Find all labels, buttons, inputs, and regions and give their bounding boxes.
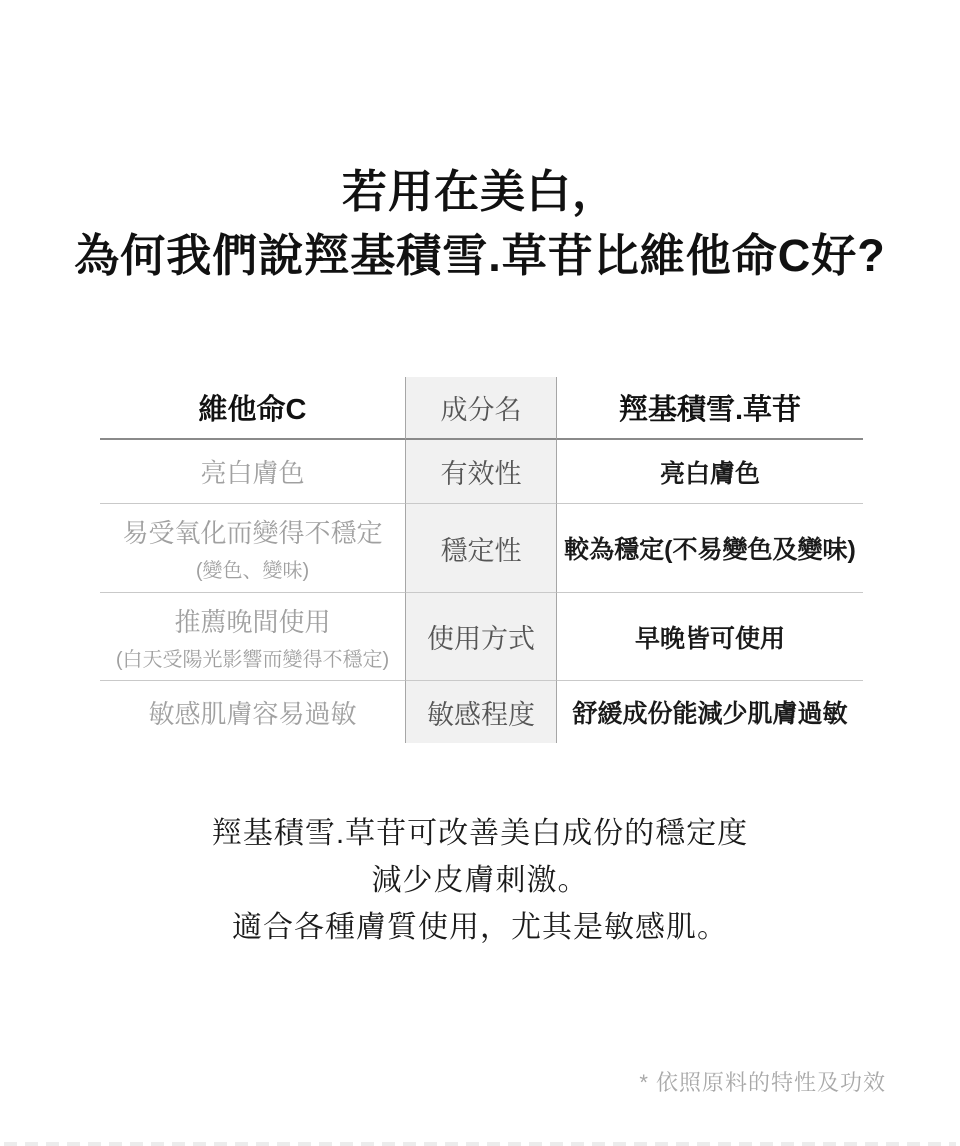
page-title: 若用在美白， 為何我們說羥基積雪.草苷比維他命C好? xyxy=(0,160,960,288)
row-sensitivity-vitc-cell: 敏感肌膚容易過敏 xyxy=(100,681,405,743)
row-usage-madeca-text: 早晚皆可使用 xyxy=(557,593,863,681)
row-stability-vitc-subtext: (變色、變味) xyxy=(196,554,309,583)
header-vitamin-c: 維他命C xyxy=(100,377,405,440)
comparison-table: 維他命C 成分名 羥基積雪.草苷 亮白膚色 有效性 亮白膚色 易受氧化而變得不穩… xyxy=(100,377,863,743)
row-sensitivity-vitc-text: 敏感肌膚容易過敏 xyxy=(148,694,356,731)
row-usage-label: 使用方式 xyxy=(405,593,557,681)
page: { "title": { "line1": "若用在美白，", "line2":… xyxy=(0,0,960,1146)
summary-paragraph: 羥基積雪.草苷可改善美白成份的穩定度 減少皮膚刺激。 適合各種膚質使用，尤其是敏… xyxy=(0,810,960,951)
summary-line2: 減少皮膚刺激。 xyxy=(372,864,589,897)
summary-line1: 羥基積雪.草苷可改善美白成份的穩定度 xyxy=(212,817,748,850)
row-usage-vitc-subtext: (白天受陽光影響而變得不穩定) xyxy=(116,643,389,672)
footnote: * 依照原料的特性及功效 xyxy=(639,1066,886,1097)
header-madecassoside: 羥基積雪.草苷 xyxy=(557,377,863,440)
row-sensitivity-label: 敏感程度 xyxy=(405,681,557,743)
summary-line3: 適合各種膚質使用，尤其是敏感肌。 xyxy=(232,911,728,944)
row-stability-vitc-text: 易受氧化而變得不穩定 xyxy=(122,513,382,550)
row-effectiveness-vitc-text: 亮白膚色 xyxy=(200,453,304,490)
row-stability-vitc-cell: 易受氧化而變得不穩定 (變色、變味) xyxy=(100,504,405,593)
row-effectiveness-vitc-cell: 亮白膚色 xyxy=(100,440,405,504)
row-stability-madeca-text: 較為穩定(不易變色及變味) xyxy=(557,504,863,593)
row-effectiveness-madeca-text: 亮白膚色 xyxy=(557,440,863,504)
row-sensitivity-madeca-text: 舒緩成份能減少肌膚過敏 xyxy=(557,681,863,743)
row-stability-label: 穩定性 xyxy=(405,504,557,593)
page-title-line1: 若用在美白， xyxy=(342,166,618,217)
row-usage-vitc-text: 推薦晚間使用 xyxy=(174,602,330,639)
header-ingredient-name: 成分名 xyxy=(405,377,557,440)
page-title-line2: 為何我們說羥基積雪.草苷比維他命C好? xyxy=(74,230,886,281)
row-usage-vitc-cell: 推薦晚間使用 (白天受陽光影響而變得不穩定) xyxy=(100,593,405,681)
cropped-text-fragment xyxy=(4,1142,956,1146)
row-effectiveness-label: 有效性 xyxy=(405,440,557,504)
